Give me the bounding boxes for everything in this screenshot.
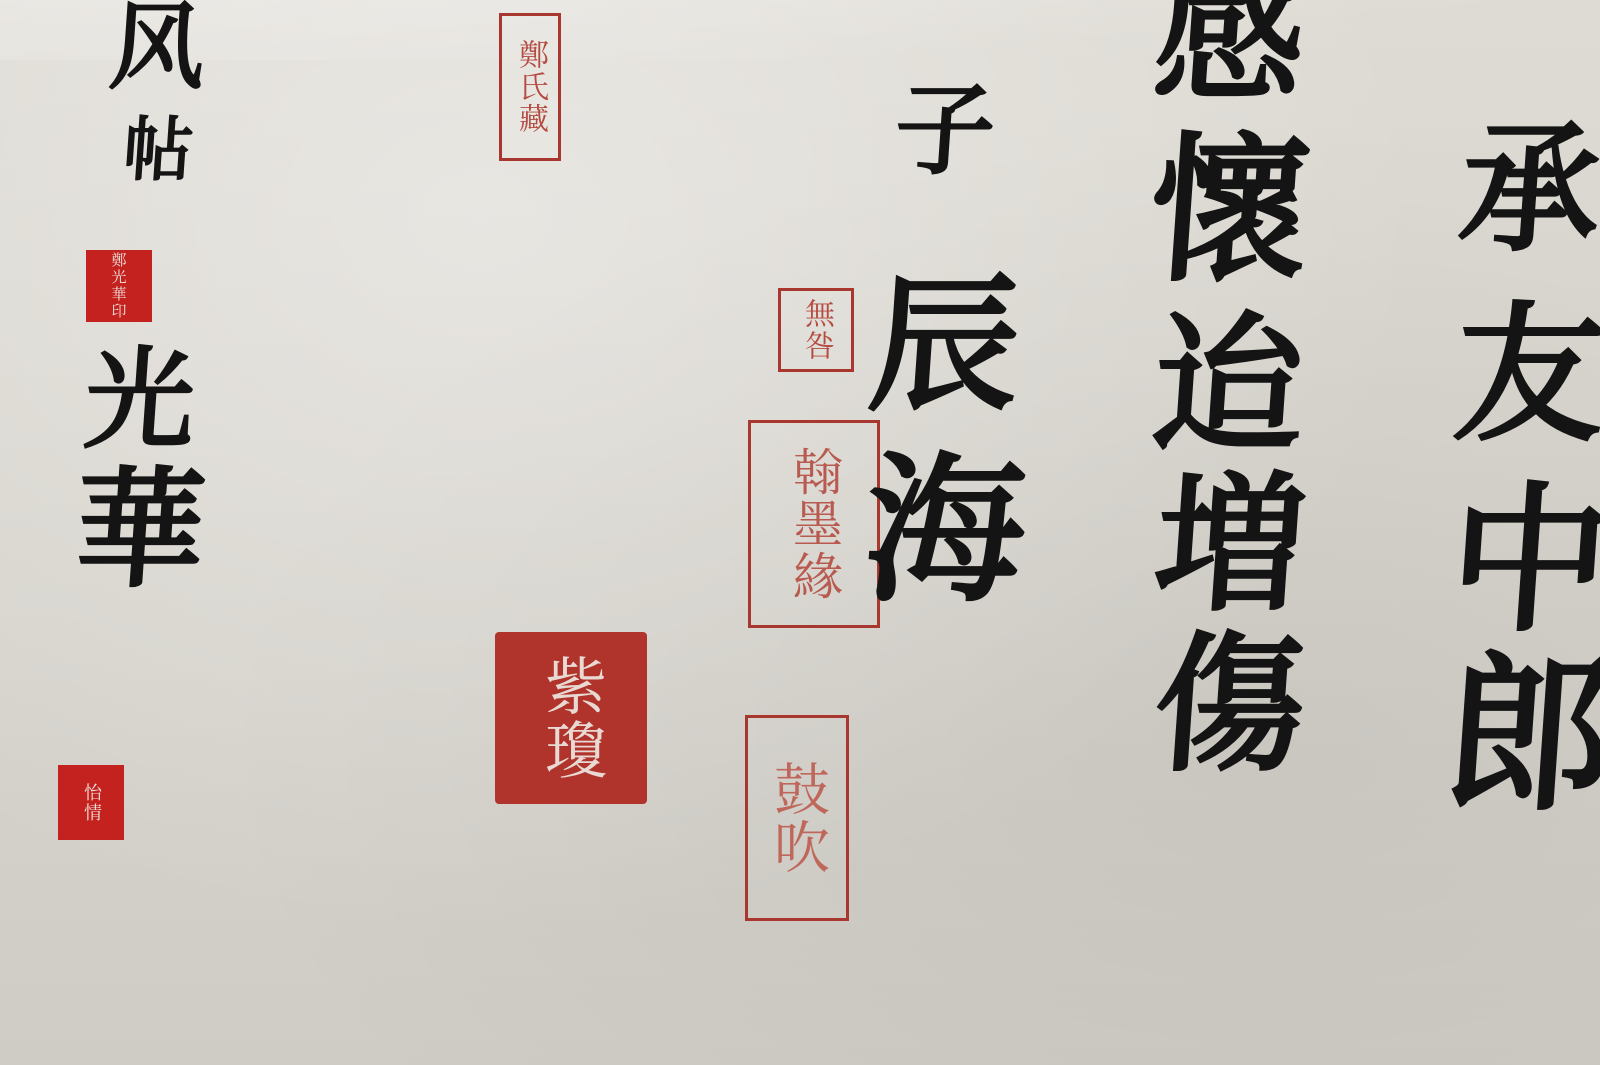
calligraphy-char: 子	[892, 80, 999, 180]
seal-small-red-bottom-left: 怡情	[58, 765, 124, 840]
paper-fold	[0, 0, 1600, 60]
calligraphy-column-mid: 子 辰 海	[870, 0, 1020, 610]
calligraphy-column-3: 感 懷 迨 増 傷	[1140, 0, 1320, 780]
calligraphy-char: 郎	[1439, 650, 1600, 820]
calligraphy-char: 傷	[1150, 630, 1311, 780]
calligraphy-char: 中	[1444, 480, 1600, 640]
calligraphy-char: 華	[70, 465, 209, 595]
calligraphy-char: 懷	[1144, 130, 1315, 290]
calligraphy-char: 増	[1150, 470, 1311, 620]
seal-small-square-mid: 無咎	[778, 288, 854, 372]
calligraphy-char: 友	[1450, 300, 1600, 450]
calligraphy-char: 海	[859, 450, 1030, 610]
calligraphy-column-4: 承 友 中 郎	[1445, 0, 1600, 820]
calligraphy-char: 光	[81, 345, 199, 455]
calligraphy-char: 风	[107, 0, 209, 95]
calligraphy-char: 帖	[121, 115, 196, 185]
calligraphy-column-left: 风 帖	[108, 0, 208, 185]
calligraphy-column-signature: 光 華	[85, 345, 195, 595]
seal-oval-bottom: 鼓吹	[745, 715, 849, 921]
seal-small-red-top-left: 鄭光華印	[86, 250, 152, 322]
seal-large-square: 紫瓊	[495, 632, 647, 804]
calligraphy-char: 迨	[1150, 310, 1311, 460]
seal-tall-top: 鄭氏藏	[499, 13, 561, 161]
calligraphy-char: 承	[1455, 120, 1600, 260]
calligraphy-char: 辰	[865, 270, 1026, 420]
calligraphy-char: 感	[1150, 0, 1311, 110]
